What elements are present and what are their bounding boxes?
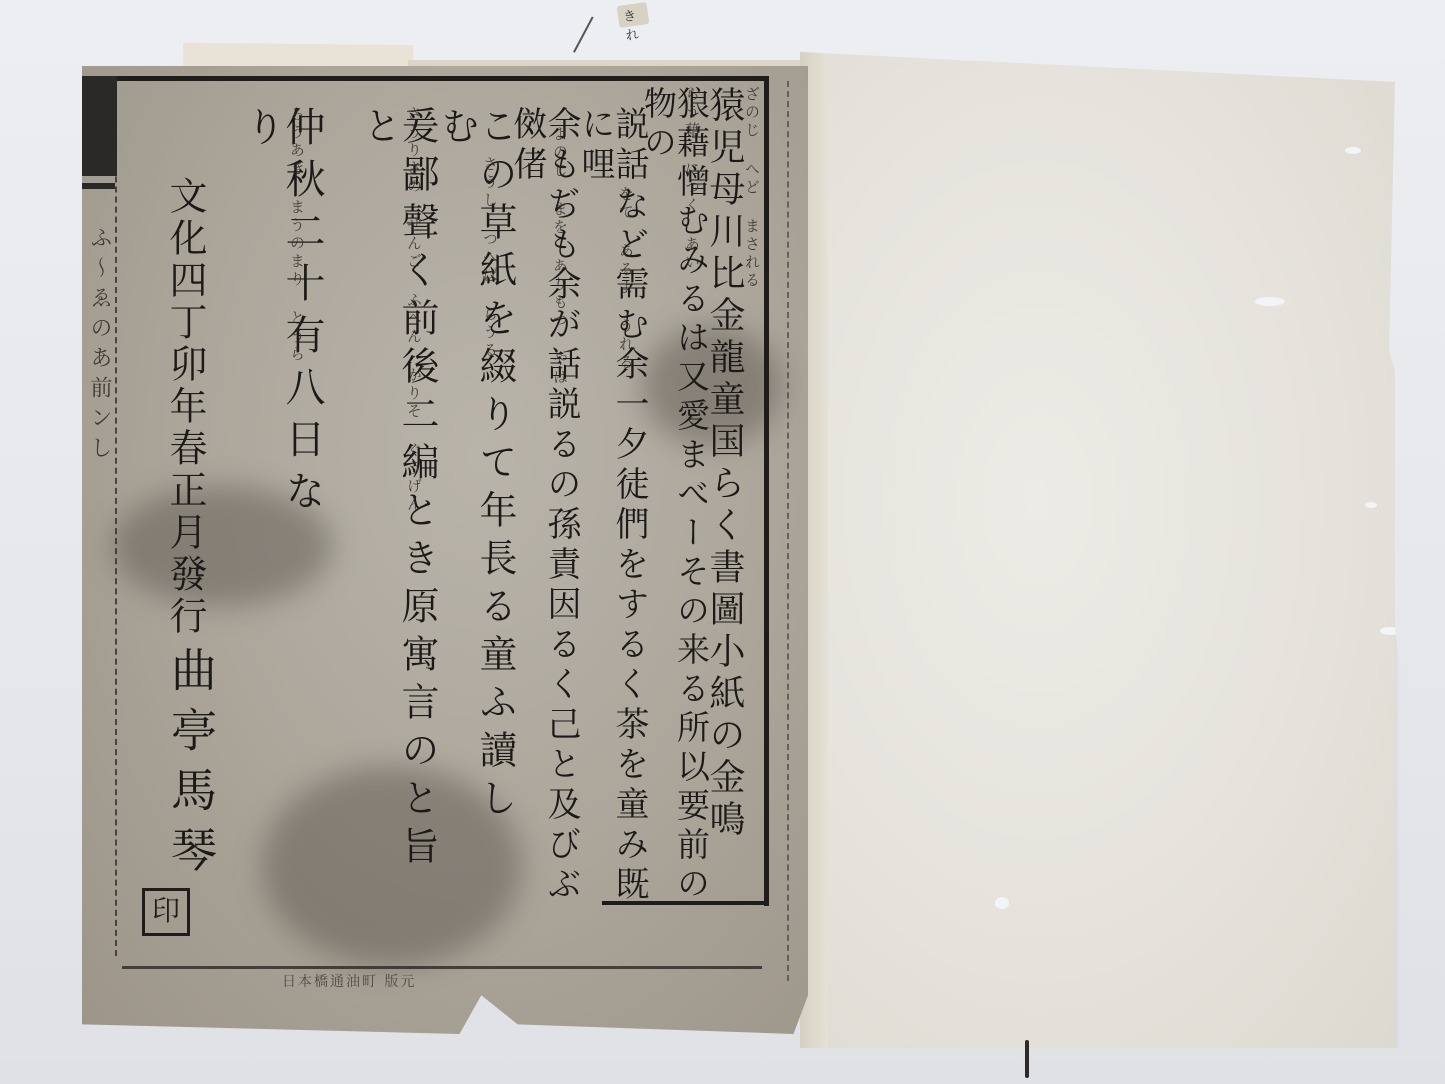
paper-hole — [960, 53, 965, 61]
publisher-imprint-text: 日本橋通油町 版元 — [282, 971, 416, 991]
frame-corner-bar — [82, 183, 115, 189]
ruby-column-6: さうりさの ぜんご ふへん かりそ ぐうげん — [404, 106, 425, 746]
ruby-column-2: らう藉 につく あい — [682, 86, 703, 506]
frame-border-top — [117, 76, 769, 81]
torn-paper-fragment: きれ — [617, 2, 650, 28]
ruby-column-4: よのじ まを ありもつ やは — [550, 126, 571, 586]
ruby-column-3: をて あるよ うれる — [616, 186, 637, 586]
paper-hole — [1345, 147, 1361, 154]
pen-mark — [1025, 1040, 1029, 1078]
left-printed-page: ふ〜ゑのあ前ンし 猿児母川比金龍童国らく書圖小紙の金鳴 ざのじ へど まされる … — [82, 66, 808, 1034]
paper-hole — [1365, 502, 1377, 508]
paper-hole — [1255, 297, 1285, 306]
frame-border-bottom-lower — [122, 966, 762, 969]
margin-text-column: ふ〜ゑのあ前ンし — [84, 226, 115, 466]
author-signature: 曲亭馬琴 — [168, 646, 214, 886]
author-seal: 印 — [142, 888, 190, 936]
frame-outer-right-rule — [787, 81, 791, 981]
ruby-column-7: ろうあき まうのまり とうら — [287, 106, 308, 446]
right-blank-page — [800, 52, 1395, 1048]
text-column-7-date: 仲秋二十有八日なり — [242, 106, 322, 566]
frame-inner-left-rule — [115, 76, 119, 956]
torn-fragment-text: きれ — [622, 3, 652, 44]
paper-hole — [995, 897, 1009, 909]
text-column-1: 猿児母川比金龍童国らく書圖小紙の金鳴 — [706, 86, 742, 906]
ruby-column-5: さうし つへば らうる — [480, 156, 501, 656]
text-column-8-publication: 文化四丁卯年春正月發行 — [166, 176, 204, 646]
paper-hole — [1380, 627, 1400, 635]
text-column-5: この草紙を綴りて年長る童ふ讀しむ — [438, 106, 514, 826]
frame-corner-block — [82, 76, 117, 176]
frame-border-right — [764, 76, 769, 906]
ruby-column-1: ざのじ へど まされる — [742, 86, 763, 506]
